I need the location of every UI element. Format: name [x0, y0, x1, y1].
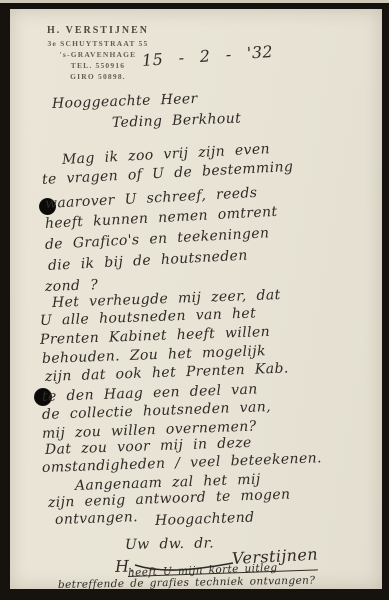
adjacent-page-edge: [0, 0, 389, 3]
postscript-line-2: betreffende de grafies techniek ontvange…: [58, 575, 316, 591]
letter-paper: H. VERSTIJNEN 3e SCHUYTSTRAAT 55 's-GRAV…: [10, 9, 382, 589]
closing-valediction: Uw dw. dr.: [125, 535, 214, 553]
letterhead-address: 3e SCHUYTSTRAAT 55: [28, 39, 168, 48]
letterhead-name: H. VERSTIJNEN: [28, 25, 168, 36]
body-line: die ik bij de houtsneden: [48, 248, 249, 274]
letterhead-giro: GIRO 50898.: [28, 72, 168, 81]
closing-hoogachtend: Hoogachtend: [155, 510, 255, 529]
body-line: ontvangen.: [55, 509, 139, 528]
salutation-line-2: Teding Berkhout: [112, 110, 242, 131]
body-line: zond ?: [45, 277, 99, 295]
salutation-line-1: Hooggeachte Heer: [52, 91, 198, 112]
photo-backdrop: H. VERSTIJNEN 3e SCHUYTSTRAAT 55 's-GRAV…: [0, 0, 389, 600]
